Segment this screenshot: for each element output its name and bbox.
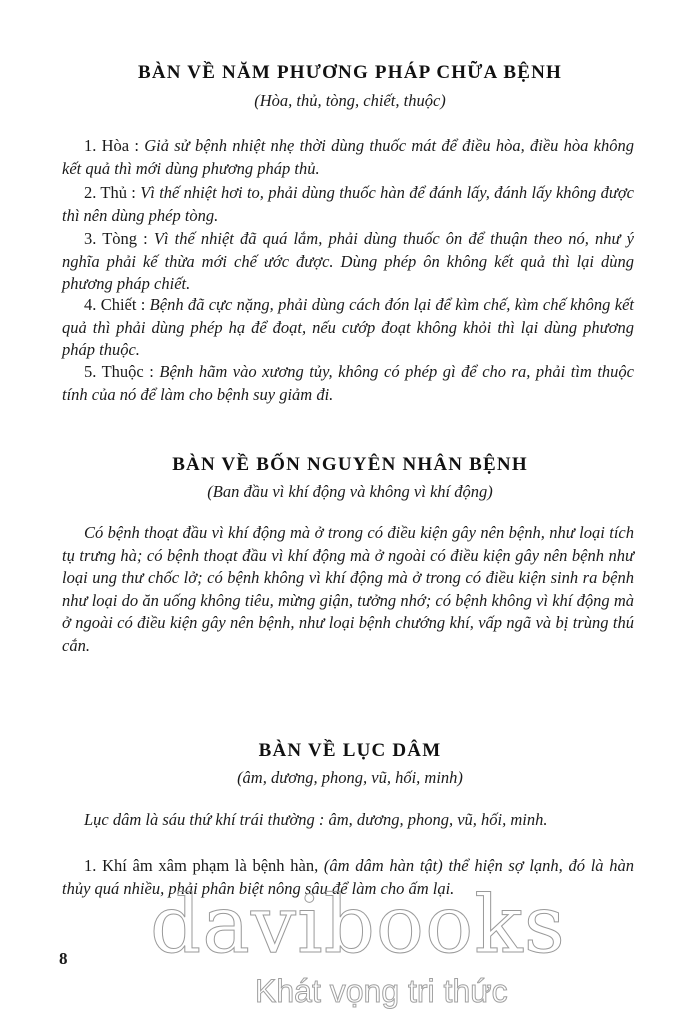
item-text: Vì thế nhiệt đã quá lắm, phải dùng thuốc… (62, 229, 634, 293)
intro-text: Lục dâm là sáu thứ khí trái thường : âm,… (62, 809, 634, 832)
watermark-brand: davibooks (150, 885, 566, 965)
page-number: 8 (59, 949, 68, 969)
section-2-subtitle: (Ban đầu vì khí động và không vì khí độn… (0, 482, 700, 502)
paragraph-text: Có bệnh thoạt đầu vì khí động mà ở trong… (62, 522, 634, 657)
item-label: 4. Chiết : (84, 295, 145, 314)
item-text: Giả sử bệnh nhiệt nhẹ thời dùng thuốc má… (62, 136, 634, 178)
book-page: BÀN VỀ NĂM PHƯƠNG PHÁP CHỮA BỆNH (Hòa, t… (0, 0, 700, 1021)
section-1-subtitle: (Hòa, thủ, tòng, chiết, thuộc) (0, 91, 700, 111)
item-text: Vì thế nhiệt hơi to, phải dùng thuốc hàn… (62, 183, 634, 225)
section-1-item-1: 1. Hòa : Giả sử bệnh nhiệt nhẹ thời dùng… (62, 135, 634, 180)
item-label: 3. Tòng : (84, 229, 148, 248)
section-3-title: BÀN VỀ LỤC DÂM (0, 740, 700, 762)
item-label: 5. Thuộc : (84, 362, 154, 381)
section-3-subtitle: (âm, dương, phong, vũ, hối, minh) (0, 768, 700, 788)
section-2-title: BÀN VỀ BỐN NGUYÊN NHÂN BỆNH (0, 454, 700, 476)
item-label: 1. Hòa : (84, 136, 139, 155)
section-2-paragraph: Có bệnh thoạt đầu vì khí động mà ở trong… (62, 522, 634, 657)
section-1-title: BÀN VỀ NĂM PHƯƠNG PHÁP CHỮA BỆNH (0, 62, 700, 84)
item-label: 2. Thủ : (84, 183, 136, 202)
section-1-item-4: 4. Chiết : Bệnh đã cực nặng, phải dùng c… (62, 294, 634, 362)
section-1-item-5: 5. Thuộc : Bệnh hãm vào xương tủy, không… (62, 361, 634, 406)
section-3-intro: Lục dâm là sáu thứ khí trái thường : âm,… (62, 809, 634, 832)
item-label: 1. Khí âm xâm phạm là bệnh hàn, (84, 856, 318, 875)
watermark-tagline: Khát vọng tri thức (255, 975, 508, 1007)
section-1-item-2: 2. Thủ : Vì thế nhiệt hơi to, phải dùng … (62, 182, 634, 227)
item-text: Bệnh đã cực nặng, phải dùng cách đón lại… (62, 295, 634, 359)
section-1-item-3: 3. Tòng : Vì thế nhiệt đã quá lắm, phải … (62, 228, 634, 296)
